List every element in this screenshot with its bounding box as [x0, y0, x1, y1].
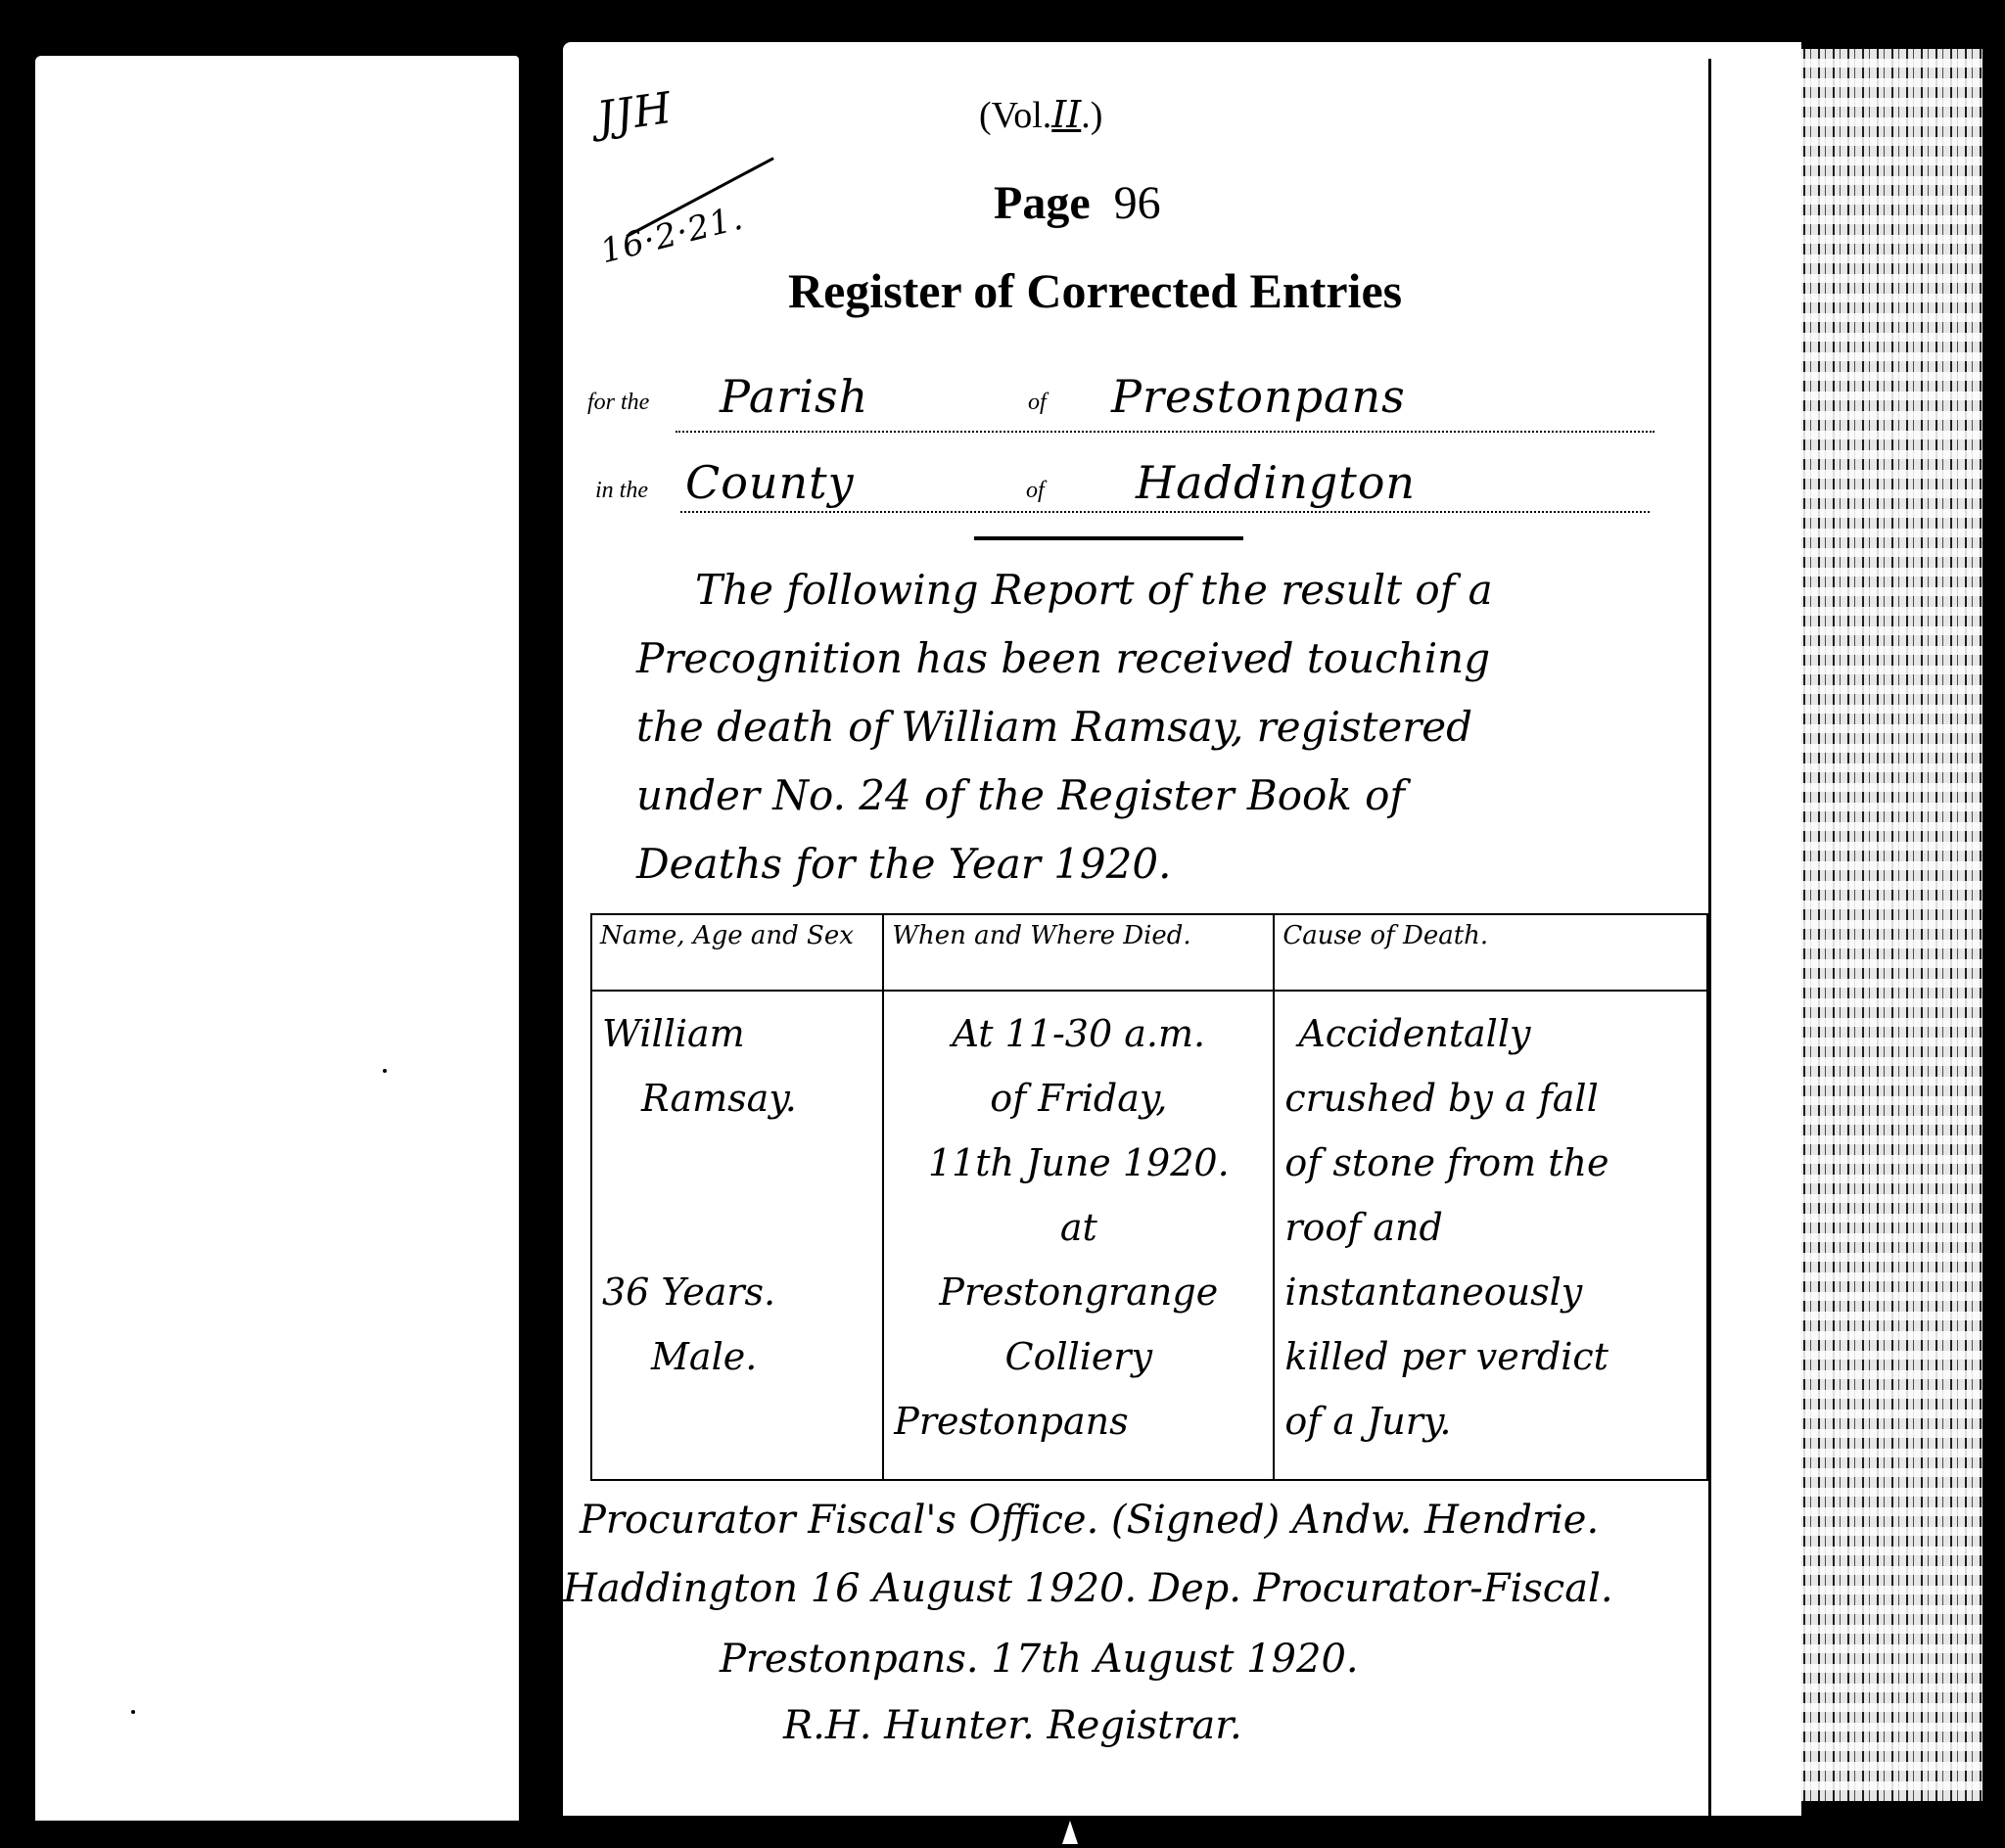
district-type: Parish — [720, 370, 868, 423]
of-label: of — [1028, 390, 1047, 416]
death-entry-table: Name, Age and Sex When and Where Died. C… — [590, 913, 1708, 1481]
report-line: Precognition has been received touching — [636, 624, 1674, 693]
volume-label: (Vol.II.) — [979, 93, 1102, 137]
page-margin-rule — [1708, 59, 1711, 1816]
footer-line-office: Procurator Fiscal's Office. (Signed) And… — [580, 1498, 1599, 1543]
page-title: Register of Corrected Entries — [788, 262, 1402, 319]
footer-line-date: Haddington 16 August 1920. Dep. Procurat… — [563, 1566, 1613, 1611]
header-name-age-sex: Name, Age and Sex — [591, 914, 883, 991]
speck — [1062, 1821, 1078, 1844]
header-when-where: When and Where Died. — [883, 914, 1274, 991]
volume-number: II — [1051, 93, 1081, 136]
table-row: William Ramsay. 36 Years. Male. At 11-30… — [591, 991, 1707, 1480]
speck — [383, 1069, 387, 1073]
report-line: Deaths for the Year 1920. — [636, 830, 1674, 899]
facing-blank-page — [35, 56, 519, 1821]
report-line: the death of William Ramsay, registered — [636, 693, 1674, 762]
report-line: under No. 24 of the Register Book of — [636, 762, 1674, 830]
report-line: The following Report of the result of a — [636, 556, 1674, 624]
page-number: Page 96 — [994, 176, 1161, 230]
separator-rule — [974, 536, 1243, 540]
for-the-label: for the — [587, 390, 649, 416]
cell-cause: Accidentally crushed by a fall of stone … — [1274, 991, 1707, 1480]
cell-name-age-sex: William Ramsay. 36 Years. Male. — [591, 991, 883, 1480]
report-paragraph: The following Report of the result of a … — [636, 556, 1674, 899]
district-name: Prestonpans — [1111, 370, 1406, 423]
registrar-signature: R.H. Hunter. Registrar. — [783, 1703, 1242, 1748]
table-header-row: Name, Age and Sex When and Where Died. C… — [591, 914, 1707, 991]
margin-initials: JJH — [594, 83, 676, 143]
header-cause: Cause of Death. — [1274, 914, 1707, 991]
cell-when-where: At 11-30 a.m. of Friday, 11th June 1920.… — [883, 991, 1274, 1480]
of-label-2: of — [1026, 478, 1045, 504]
in-the-label: in the — [595, 478, 648, 504]
county-name: Haddington — [1136, 456, 1416, 509]
footer-line-registration: Prestonpans. 17th August 1920. — [720, 1637, 1359, 1682]
county-type: County — [685, 456, 855, 509]
speck — [131, 1710, 135, 1714]
